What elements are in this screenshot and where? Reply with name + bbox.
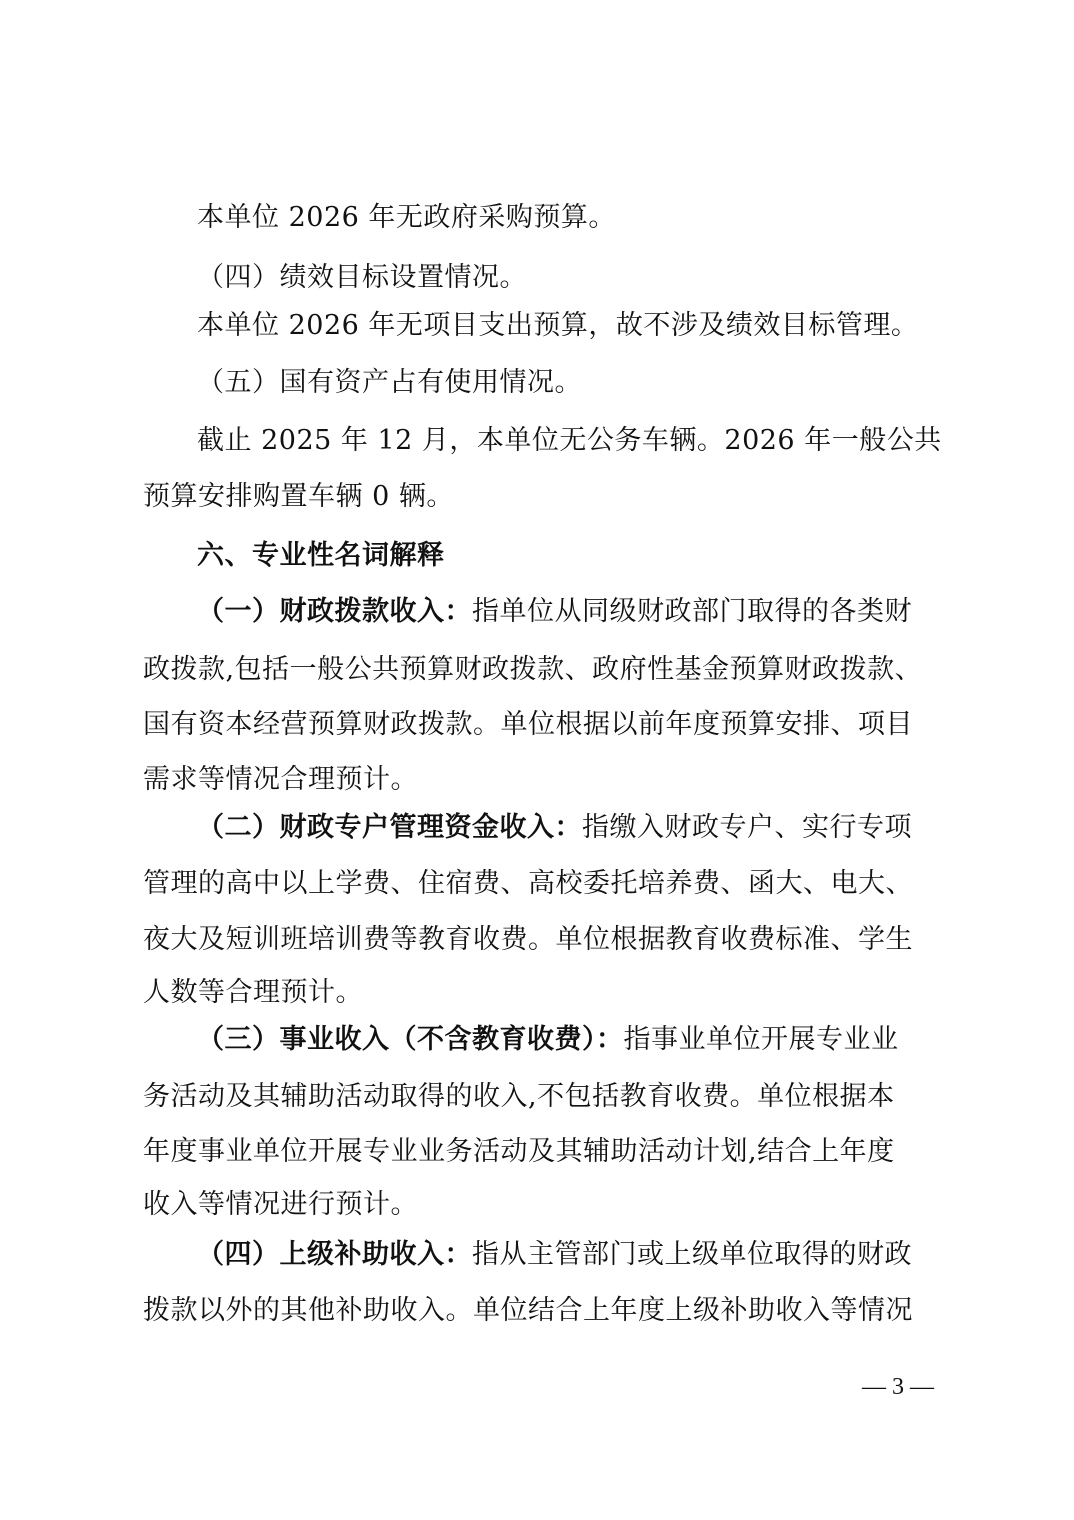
page-number: — 3 — [862,1374,934,1401]
term-1-line-4: 需求等情况合理预计。 [143,765,938,795]
term-1-first-line: （一）财政拨款收入：指单位从同级财政部门取得的各类财 [197,597,938,627]
assets-text-line-1: 截止 2025 年 12 月，本单位无公务车辆。2026 年一般公共 [197,426,938,456]
term-3-text: 指事业单位开展专业业 [624,1024,899,1055]
term-2-label: （二）财政专户管理资金收入： [197,812,582,843]
term-1-text: 指单位从同级财政部门取得的各类财 [472,596,912,627]
term-2-line-4: 人数等合理预计。 [143,978,938,1008]
term-2-text: 指缴入财政专户、实行专项 [582,812,912,843]
term-1-line-3: 国有资本经营预算财政拨款。单位根据以前年度预算安排、项目 [143,710,938,740]
document-page: 本单位 2026 年无政府采购预算。 （四）绩效目标设置情况。 本单位 2026… [0,0,1074,1520]
term-3-line-4: 收入等情况进行预计。 [143,1190,938,1220]
term-2-line-3: 夜大及短训班培训费等教育收费。单位根据教育收费标准、学生 [143,925,938,955]
assets-text-line-2: 预算安排购置车辆 0 辆。 [143,482,938,512]
section-6-heading: 六、专业性名词解释 [197,541,992,571]
term-4-first-line: （四）上级补助收入：指从主管部门或上级单位取得的财政 [197,1240,938,1270]
term-4-text: 指从主管部门或上级单位取得的财政 [472,1239,912,1270]
term-3-label: （三）事业收入（不含教育收费）： [197,1024,624,1055]
term-1-line-2: 政拨款,包括一般公共预算财政拨款、政府性基金预算财政拨款、 [143,655,938,685]
term-1-label: （一）财政拨款收入： [197,596,472,627]
term-4-line-2: 拨款以外的其他补助收入。单位结合上年度上级补助收入等情况 [143,1296,938,1326]
term-4-label: （四）上级补助收入： [197,1239,472,1270]
term-3-first-line: （三）事业收入（不含教育收费）：指事业单位开展专业业 [197,1025,938,1055]
section-4-title: （四）绩效目标设置情况。 [197,263,992,293]
procurement-text: 本单位 2026 年无政府采购预算。 [197,203,992,233]
term-3-line-3: 年度事业单位开展专业业务活动及其辅助活动计划,结合上年度 [143,1137,938,1167]
performance-text: 本单位 2026 年无项目支出预算，故不涉及绩效目标管理。 [197,311,992,341]
term-2-line-2: 管理的高中以上学费、住宿费、高校委托培养费、函大、电大、 [143,869,938,899]
term-2-first-line: （二）财政专户管理资金收入：指缴入财政专户、实行专项 [197,813,938,843]
term-3-line-2: 务活动及其辅助活动取得的收入,不包括教育收费。单位根据本 [143,1082,938,1112]
section-5-title: （五）国有资产占有使用情况。 [197,368,992,398]
